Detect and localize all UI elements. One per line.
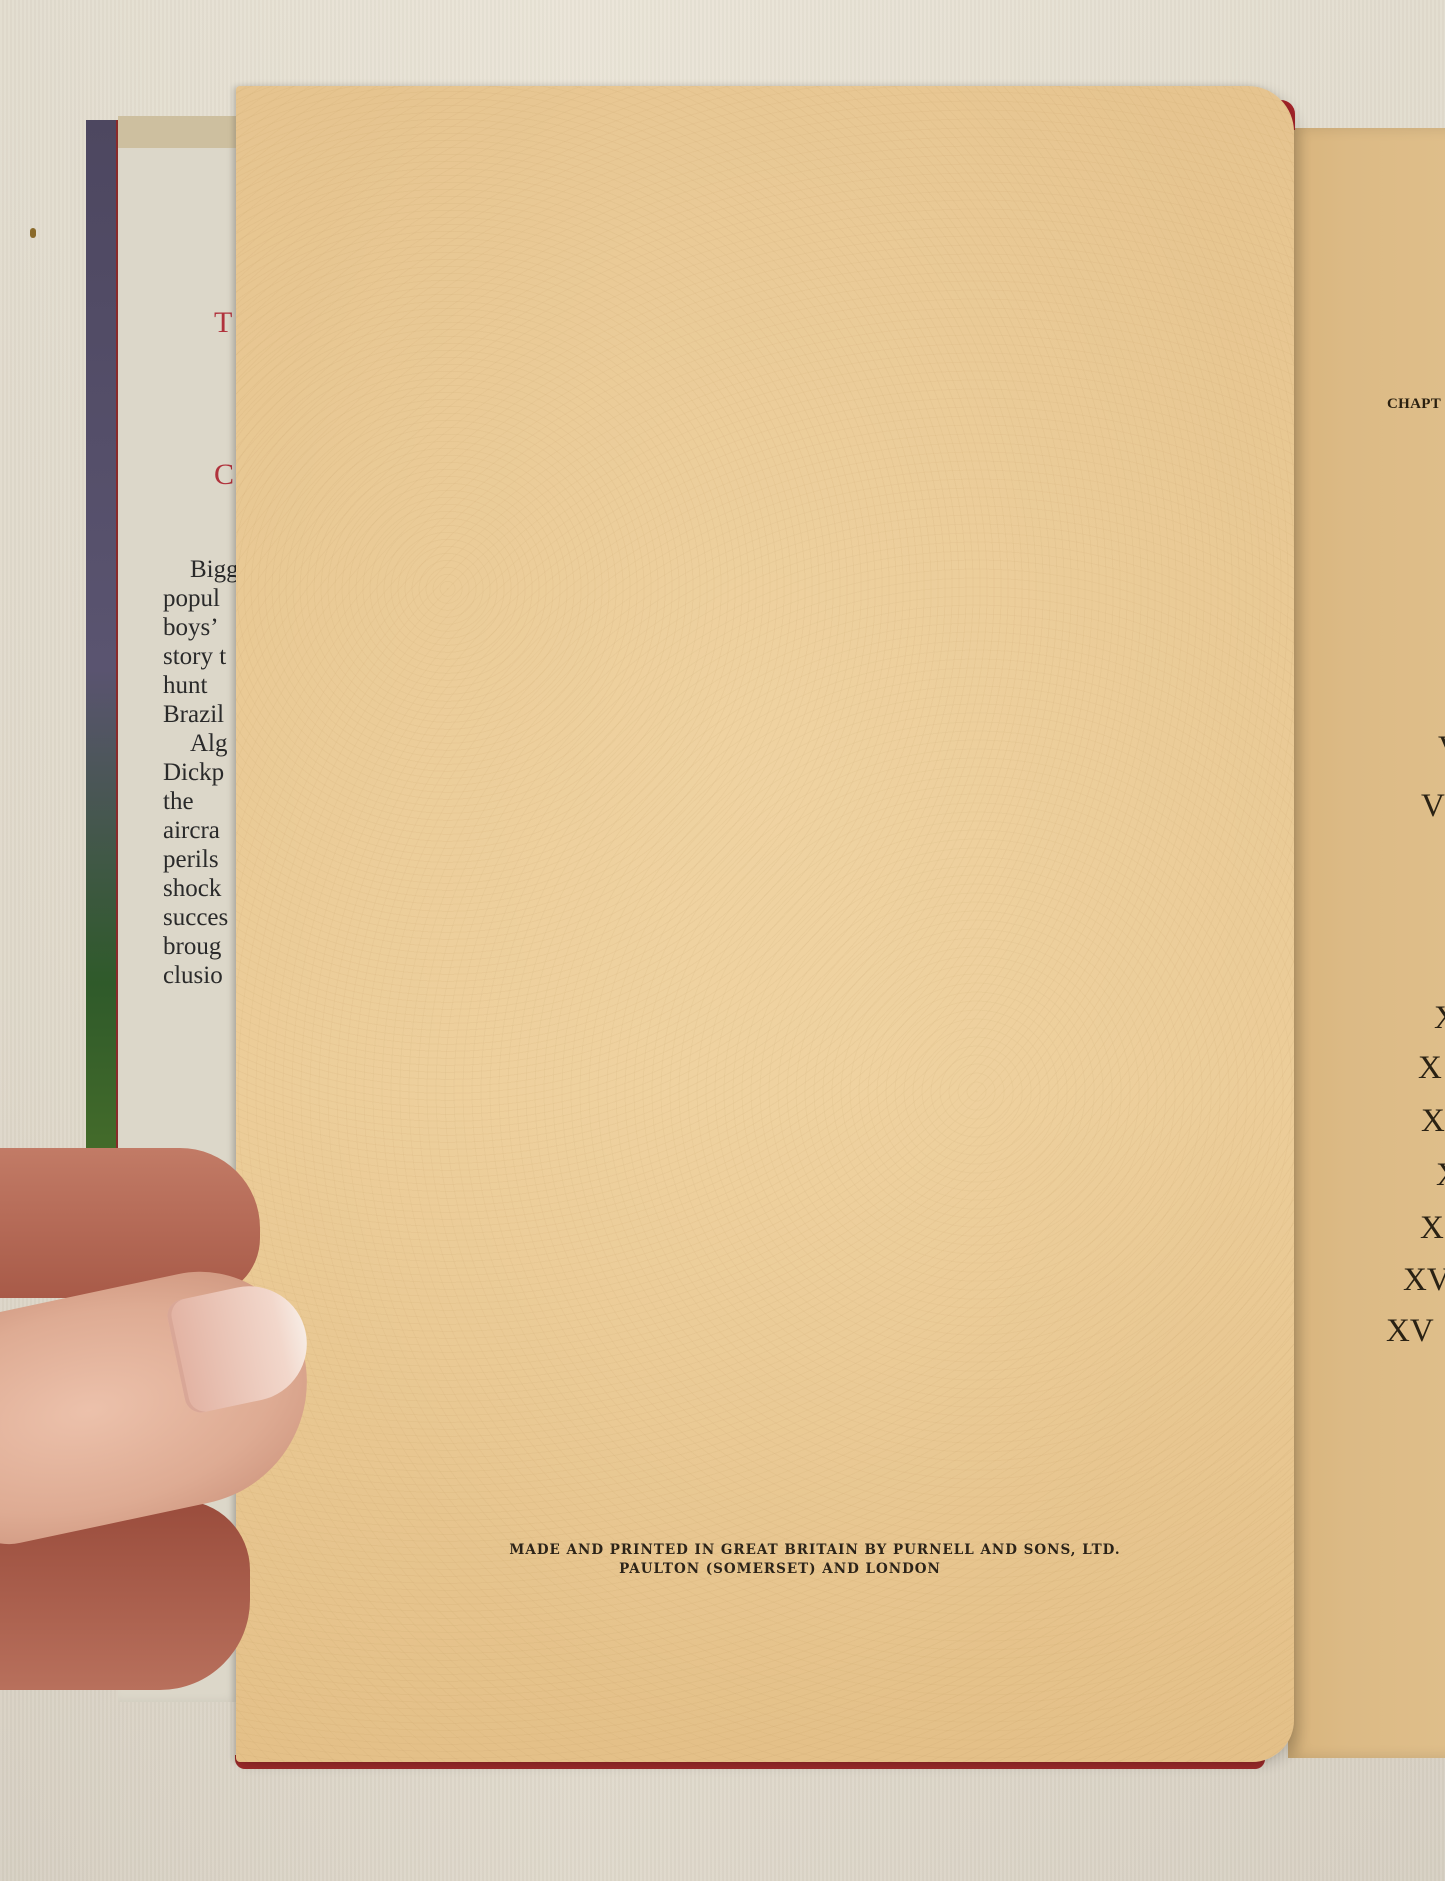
blurb-line: story t xyxy=(163,642,243,671)
chapter-numeral: X xyxy=(1420,1210,1444,1247)
fabric-speck xyxy=(30,228,36,238)
chapter-numeral: XV xyxy=(1403,1262,1445,1299)
blurb-line: aircra xyxy=(163,816,243,845)
blurb-line: perils xyxy=(163,845,243,874)
blurb-line: boys’ xyxy=(163,613,243,642)
blurb-line: clusio xyxy=(163,961,243,990)
blurb-line: Brazil xyxy=(163,700,243,729)
blank-endpaper[interactable]: MADE AND PRINTED IN GREAT BRITAIN BY PUR… xyxy=(236,86,1294,1762)
blurb-line: the xyxy=(163,787,243,816)
jacket-title-letter: C xyxy=(214,458,234,492)
imprint-line-1: MADE AND PRINTED IN GREAT BRITAIN BY PUR… xyxy=(236,1541,1294,1560)
imprint-line-2: PAULTON (SOMERSET) AND LONDON xyxy=(236,1560,1294,1579)
blurb-line: hunt xyxy=(163,671,243,700)
jacket-title-letter: T xyxy=(214,306,232,340)
blurb-line: Dickp xyxy=(163,758,243,787)
chapter-numeral: X xyxy=(1434,1000,1445,1037)
blurb-line: broug xyxy=(163,932,243,961)
printer-imprint: MADE AND PRINTED IN GREAT BRITAIN BY PUR… xyxy=(236,1541,1294,1579)
chapter-numeral: V xyxy=(1438,730,1445,767)
contents-page xyxy=(1288,128,1445,1758)
chapter-numeral: V xyxy=(1421,788,1445,825)
contents-heading: CHAPT xyxy=(1387,396,1441,413)
chapter-numeral: X xyxy=(1418,1050,1442,1087)
blurb-line: popul xyxy=(163,584,243,613)
jacket-blurb: Bigg popul boys’ story t hunt Brazil Alg… xyxy=(163,555,243,990)
blurb-line: succes xyxy=(163,903,243,932)
chapter-numeral: X xyxy=(1436,1157,1445,1194)
blurb-line: Bigg xyxy=(163,555,243,584)
blurb-line: shock xyxy=(163,874,243,903)
chapter-numeral: XV xyxy=(1386,1313,1434,1350)
dust-jacket-torn-edge xyxy=(118,116,240,148)
blurb-line: Alg xyxy=(163,729,243,758)
chapter-numeral: X xyxy=(1421,1103,1445,1140)
